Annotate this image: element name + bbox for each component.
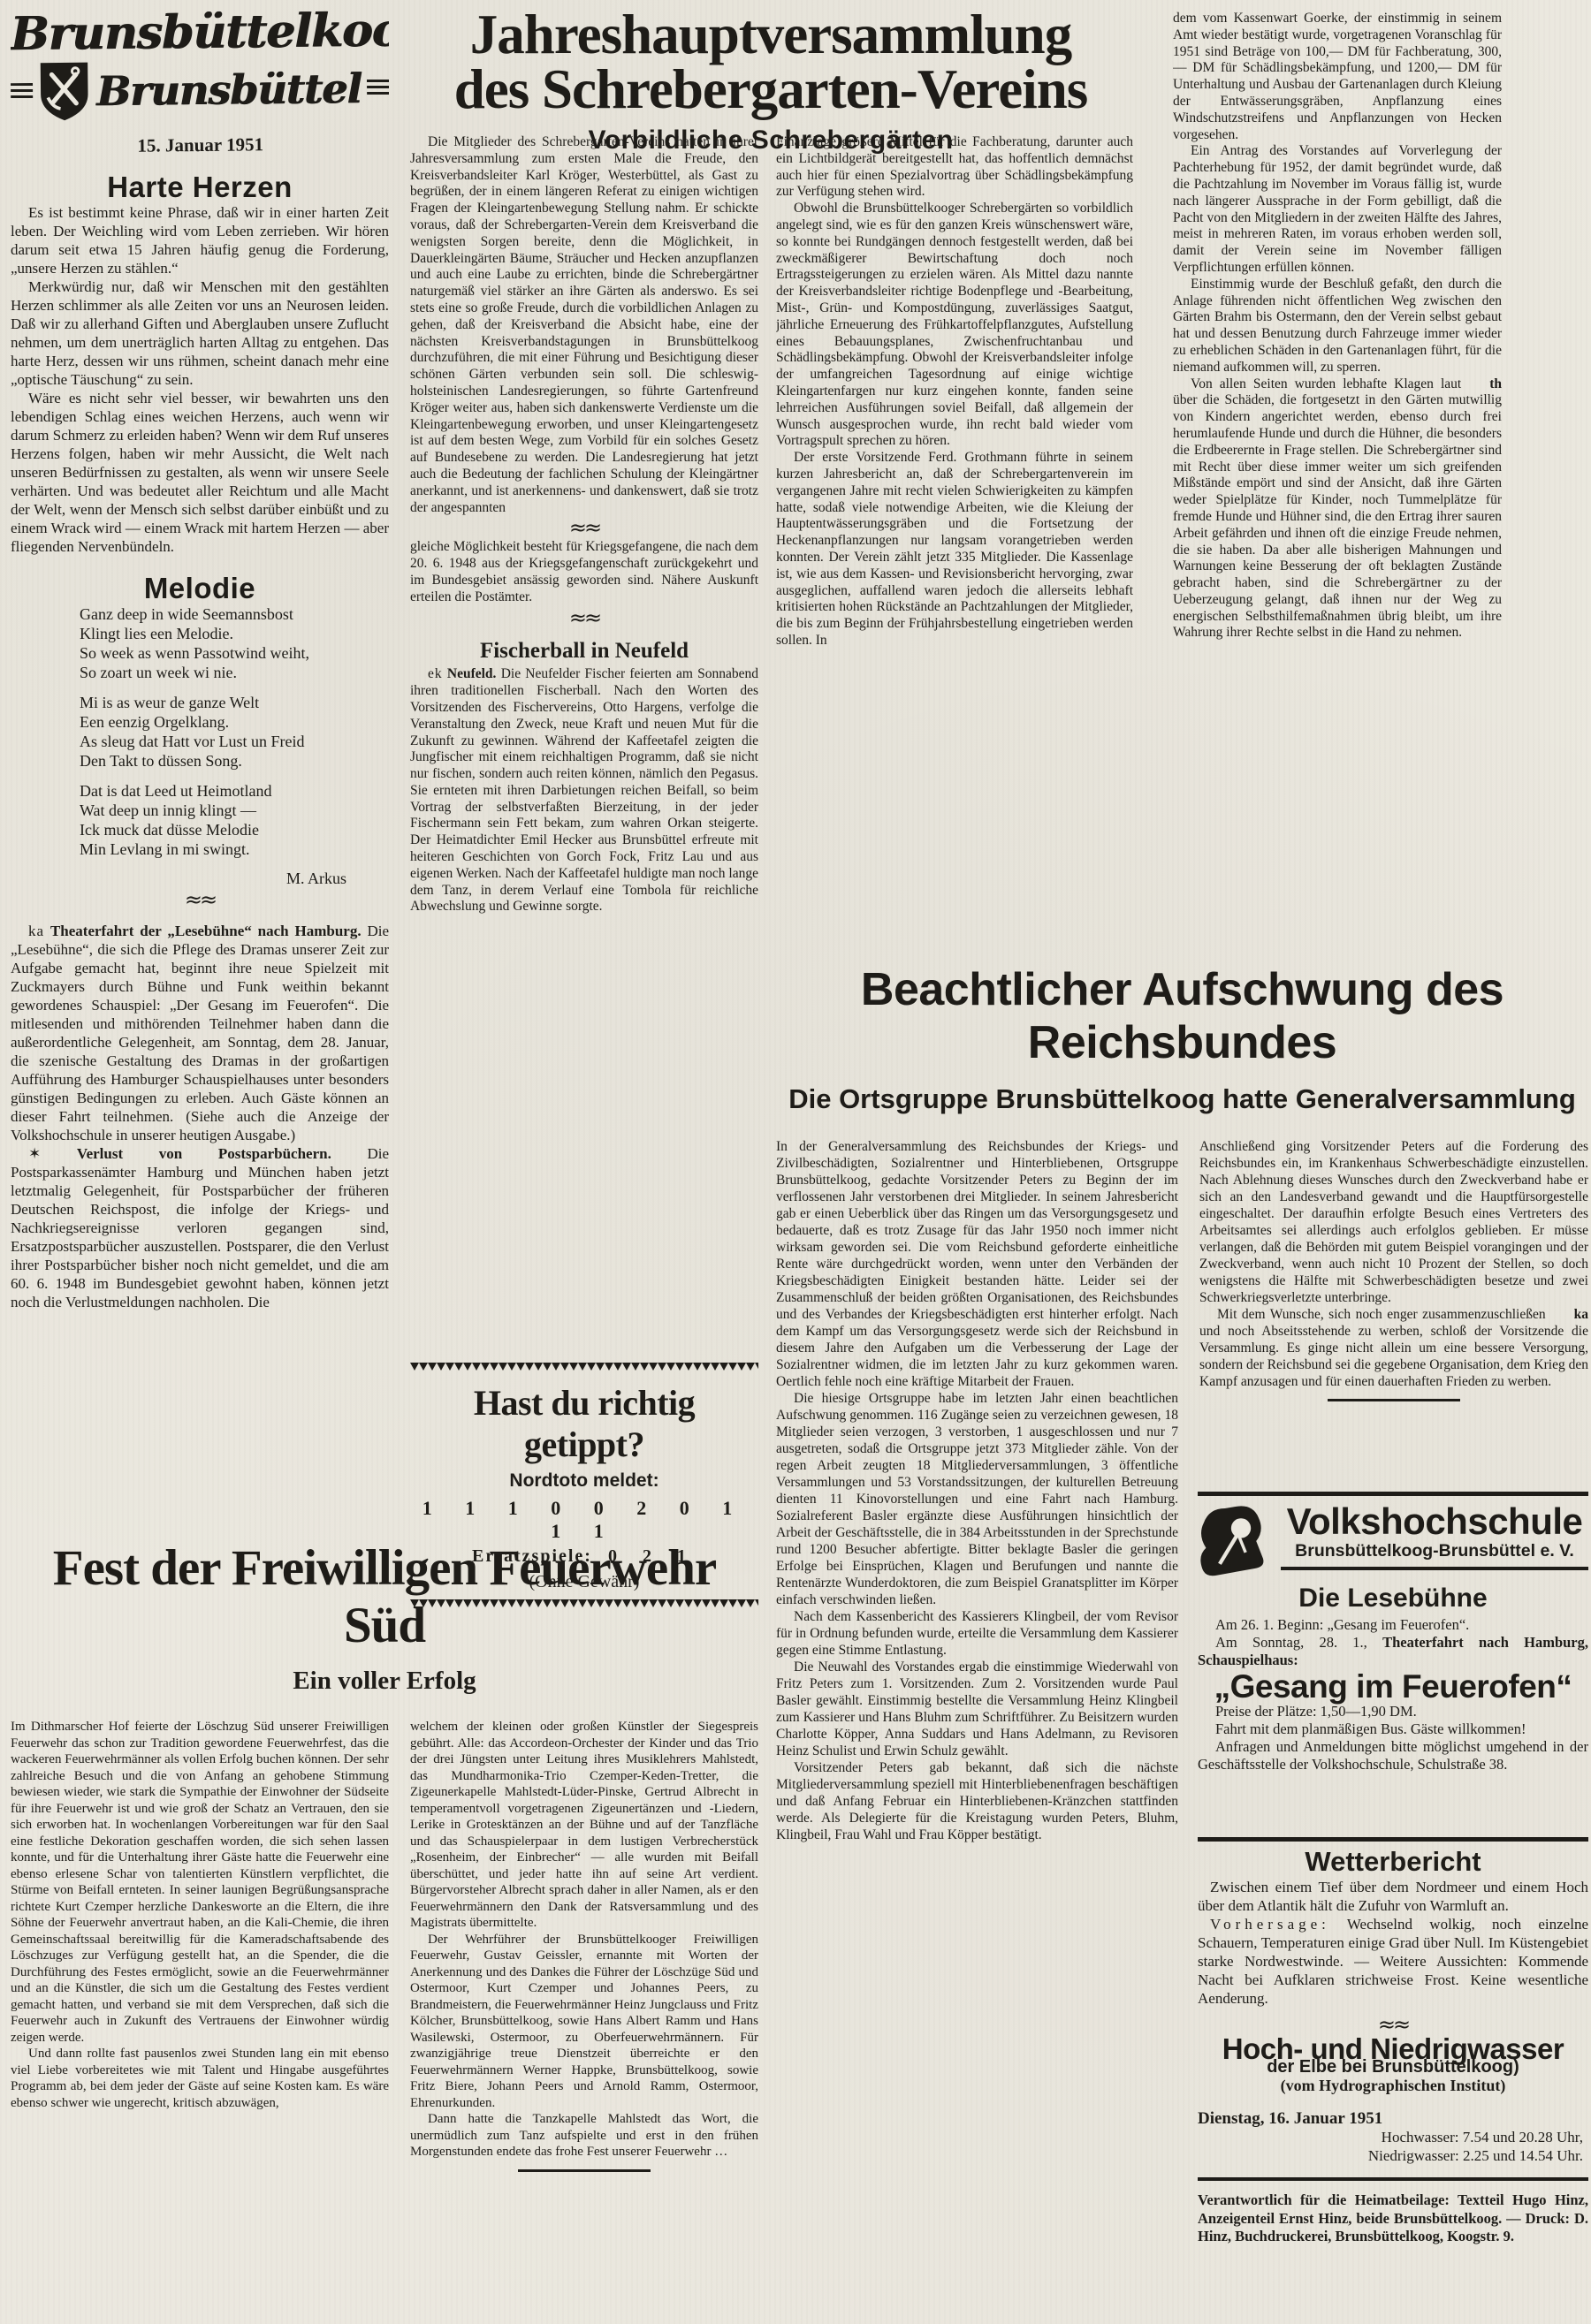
end-rule — [1328, 1399, 1460, 1401]
tide-lowwater: Niedrigwasser: 2.25 und 14.54 Uhr. — [1198, 2146, 1583, 2165]
feuerwehr-article: Fest der Freiwilligen Feuerwehr Süd Ein … — [11, 1539, 758, 2322]
tide-date: Dienstag, 16. Januar 1951 — [1198, 2109, 1588, 2128]
reichsbund-paragraph: Anschließend ging Vorsitzender Peters au… — [1199, 1138, 1588, 1306]
reichsbund-headline: Beachtlicher Aufschwung des Reichsbundes — [776, 963, 1588, 1069]
postsparbuecher-lead: Verlust von Postsparbüchern. — [77, 1145, 331, 1162]
vhs-contact: Anfragen und Anmeldungen bitte möglichst… — [1198, 1738, 1588, 1773]
weather-paragraph: Zwischen einem Tief über dem Nordmeer un… — [1198, 1878, 1588, 1915]
zigzag-border-top-icon — [410, 1363, 758, 1371]
fischerball-paragraph: ek Neufeld. Die Neufelder Fischer feiert… — [410, 666, 758, 915]
vhs-reader-icon — [1198, 1503, 1274, 1579]
column-3: Finanzlage größere Mittel für die Fachbe… — [776, 134, 1133, 954]
imprint-rule — [1198, 2177, 1588, 2181]
vhs-bus: Fahrt mit dem planmäßigen Bus. Gäste wil… — [1198, 1720, 1588, 1738]
poem-melodie: Ganz deep in wide Seemannsbost Klingt li… — [11, 604, 389, 859]
schrebergarten-paragraph: dem vom Kassenwart Goerke, der einstimmi… — [1173, 11, 1502, 143]
theaterfahrt-lead: Theaterfahrt der „Lesebühne“ nach Hambur… — [50, 923, 362, 939]
tide-source: (vom Hydrographischen Institut) — [1198, 2077, 1588, 2095]
reichsbund-paragraph: ka Mit dem Wunsche, sich noch enger zusa… — [1199, 1306, 1588, 1390]
theaterfahrt-paragraph: ka Theaterfahrt der „Lesebühne“ nach Ham… — [11, 922, 389, 1144]
theaterfahrt-text: Die „Lesebühne“, die sich die Pflege des… — [11, 923, 389, 1143]
postsparbuecher-continuation: gleiche Möglichkeit besteht für Kriegsge… — [410, 539, 758, 605]
poem-stanza: Mi is as weur de ganze Welt Een eenzig O… — [80, 693, 389, 771]
poem-line: Min Levlang in mi swingt. — [80, 839, 389, 859]
harte-herzen-paragraph: Wäre es nicht sehr viel besser, wir bewa… — [11, 389, 389, 556]
vhs-header: Volkshochschule Brunsbüttelkoog-Brunsbüt… — [1198, 1503, 1588, 1579]
vhs-play-title: „Gesang im Feuerofen“ — [1198, 1678, 1588, 1696]
harte-herzen-paragraph: Es ist bestimmt keine Phrase, daß wir in… — [11, 203, 389, 277]
vhs-line: Am 26. 1. Beginn: „Gesang im Feuerofen“. — [1198, 1616, 1588, 1634]
headline-line-2: des Schrebergarten-Vereins — [454, 58, 1088, 120]
headline-line-1: Jahreshauptversammlung — [470, 4, 1071, 65]
harte-herzen-paragraph: Merkwürdig nur, daß wir Menschen mit den… — [11, 277, 389, 389]
reichsbund-paragraph: Die hiesige Ortsgruppe habe im letzten J… — [776, 1390, 1178, 1608]
poem-line: Wat deep un innig klingt — — [80, 801, 389, 820]
end-rule — [518, 2169, 651, 2172]
vhs-org: Brunsbüttelkoog-Brunsbüttel e. V. — [1281, 1542, 1588, 1560]
article-title-fischerball: Fischerball in Neufeld — [410, 643, 758, 660]
left-column: Brunsbüttelkoog Brunsbüttel 15. Januar 1… — [11, 9, 389, 1536]
poem-line: So week as wenn Passotwind weiht, — [80, 643, 389, 663]
postsparbuecher-text: Die Postsparkassenämter Hamburg und Münc… — [11, 1145, 389, 1310]
feuerwehr-paragraph: Im Dithmarscher Hof feierte der Löschzug… — [11, 1719, 389, 2046]
reichsbund-paragraph: In der Generalversammlung des Reichsbund… — [776, 1138, 1178, 1390]
weather-title: Wetterbericht — [1198, 1852, 1588, 1871]
issue-date: 15. Januar 1951 — [11, 134, 389, 156]
poem-line: Een eenzig Orgelklang. — [80, 712, 389, 732]
fischerball-text: Die Neufelder Fischer feierten am Sonnab… — [410, 666, 758, 914]
toto-title: Hast du richtig getippt? — [410, 1382, 758, 1465]
vhs-title-block: Volkshochschule Brunsbüttelkoog-Brunsbüt… — [1281, 1503, 1588, 1570]
article-signature: ka — [1546, 1306, 1588, 1323]
column-4: dem vom Kassenwart Goerke, der einstimmi… — [1173, 11, 1502, 949]
poem-line: Den Takt to düssen Song. — [80, 751, 389, 771]
vhs-title: Volkshochschule — [1281, 1503, 1588, 1540]
poem-line: Klingt lies een Melodie. — [80, 624, 389, 643]
newspaper-page: Brunsbüttelkoog Brunsbüttel 15. Januar 1… — [0, 0, 1591, 2324]
reichsbund-text: Mit dem Wunsche, sich noch enger zusamme… — [1199, 1307, 1588, 1389]
crest-anchor-shovel-icon — [38, 54, 91, 129]
squiggle-divider-icon: ≈≈ — [11, 888, 389, 911]
schrebergarten-paragraph: Ein Antrag des Vorstandes auf Vorverlegu… — [1173, 143, 1502, 276]
feuerwehr-column-right: welchem der kleinen oder großen Künstler… — [410, 1719, 758, 2172]
article-title-harte-herzen: Harte Herzen — [11, 178, 389, 196]
correspondent-mark: ka — [28, 923, 44, 939]
schrebergarten-headline: Jahreshauptversammlung des Schrebergarte… — [408, 7, 1133, 117]
schrebergarten-headline-block: Jahreshauptversammlung des Schrebergarte… — [408, 7, 1133, 156]
article-signature: th — [1461, 376, 1502, 393]
schrebergarten-paragraph: Obwohl die Brunsbüttelkooger Schrebergär… — [776, 201, 1133, 450]
flourish-left-icon — [11, 83, 34, 101]
fischerball-lead: Neufeld. — [447, 666, 497, 681]
postsparbuecher-paragraph: ✶ Verlust von Postsparbüchern. Die Posts… — [11, 1144, 389, 1311]
poem-stanza: Ganz deep in wide Seemannsbost Klingt li… — [80, 604, 389, 682]
feuerwehr-subhead: Ein voller Erfolg — [11, 1667, 758, 1696]
masthead: Brunsbüttelkoog Brunsbüttel 15. Januar 1… — [11, 9, 389, 156]
schrebergarten-paragraph: th Von allen Seiten wurden lebhafte Klag… — [1173, 376, 1502, 642]
service-column: Wetterbericht Zwischen einem Tief über d… — [1198, 1843, 1588, 2320]
reichsbund-paragraph: Die Neuwahl des Vorstandes ergab die ein… — [776, 1659, 1178, 1759]
schrebergarten-paragraph: Einstimmig wurde der Beschluß gefaßt, de… — [1173, 277, 1502, 376]
poem-line: As sleug dat Hatt vor Lust un Freid — [80, 732, 389, 751]
toto-subtitle: Nordtoto meldet: — [410, 1470, 758, 1492]
vhs-line: Am Sonntag, 28. 1., Theaterfahrt nach Ha… — [1198, 1634, 1588, 1669]
poem-line: Dat is dat Leed ut Heimotland — [80, 781, 389, 801]
poem-line: So zoart un week wi nie. — [80, 663, 389, 682]
schrebergarten-text: Von allen Seiten wurden lebhafte Klagen … — [1173, 376, 1502, 641]
feuerwehr-paragraph: welchem der kleinen oder großen Künstler… — [410, 1719, 758, 1932]
vhs-line-text: Am Sonntag, 28. 1., — [1215, 1634, 1367, 1651]
masthead-title-brunsbuettel: Brunsbüttel — [96, 80, 362, 101]
poem-line: Mi is as weur de ganze Welt — [80, 693, 389, 712]
column-2: Die Mitglieder des Schrebergarten-Verein… — [410, 134, 758, 1352]
vhs-section-title: Die Lesebühne — [1198, 1590, 1588, 1607]
masthead-title-brunsbuettelkoog: Brunsbüttelkoog — [11, 9, 389, 58]
poem-signature: M. Arkus — [11, 870, 389, 888]
feuerwehr-paragraph: Der Wehrführer der Brunsbüttelkooger Fre… — [410, 1932, 758, 2112]
weather-forecast-label: Vorhersage: — [1210, 1916, 1330, 1933]
reichsbund-subhead: Die Ortsgruppe Brunsbüttelkoog hatte Gen… — [776, 1083, 1588, 1115]
schrebergarten-paragraph: Die Mitglieder des Schrebergarten-Verein… — [410, 134, 758, 516]
feuerwehr-paragraph: Dann hatte die Tanzkapelle Mahlstedt das… — [410, 2111, 758, 2161]
star-icon: ✶ — [28, 1145, 41, 1162]
correspondent-mark: ek — [428, 666, 443, 681]
vhs-price: Preise der Plätze: 1,50—1,90 DM. — [1198, 1703, 1588, 1720]
reichsbund-paragraph: Vorsitzender Peters gab bekannt, daß sic… — [776, 1759, 1178, 1843]
poem-line: Ick muck dat düsse Melodie — [80, 820, 389, 839]
squiggle-divider-icon: ≈≈ — [410, 516, 758, 539]
imprint: Verantwortlich für die Heimatbeilage: Te… — [1198, 2191, 1588, 2246]
feuerwehr-paragraph: Und dann rollte fast pausenlos zwei Stun… — [11, 2046, 389, 2111]
poem-stanza: Dat is dat Leed ut Heimotland Wat deep u… — [80, 781, 389, 859]
squiggle-divider-icon: ≈≈ — [410, 606, 758, 629]
schrebergarten-paragraph: Der erste Vorsitzende Ferd. Grothmann fü… — [776, 450, 1133, 649]
toto-results: 1 1 1 0 0 2 0 1 1 1 — [410, 1497, 758, 1543]
poem-line: Ganz deep in wide Seemannsbost — [80, 604, 389, 624]
feuerwehr-headline: Fest der Freiwilligen Feuerwehr Süd — [11, 1539, 758, 1654]
vhs-ad-box: Volkshochschule Brunsbüttelkoog-Brunsbüt… — [1198, 1492, 1588, 1842]
reichsbund-column-left: In der Generalversammlung des Reichsbund… — [776, 1138, 1178, 1843]
tide-title: Hoch- und Niedrigwasser — [1198, 2039, 1588, 2058]
schrebergarten-paragraph: Finanzlage größere Mittel für die Fachbe… — [776, 134, 1133, 201]
feuerwehr-column-left: Im Dithmarscher Hof feierte der Löschzug… — [11, 1719, 389, 2172]
reichsbund-paragraph: Nach dem Kassenbericht des Kassierers Kl… — [776, 1608, 1178, 1659]
tide-highwater: Hochwasser: 7.54 und 20.28 Uhr, — [1198, 2128, 1583, 2146]
flourish-right-icon — [367, 80, 389, 97]
weather-paragraph: Vorhersage: Wechselnd wolkig, noch einze… — [1198, 1915, 1588, 2008]
article-title-melodie: Melodie — [11, 579, 389, 597]
